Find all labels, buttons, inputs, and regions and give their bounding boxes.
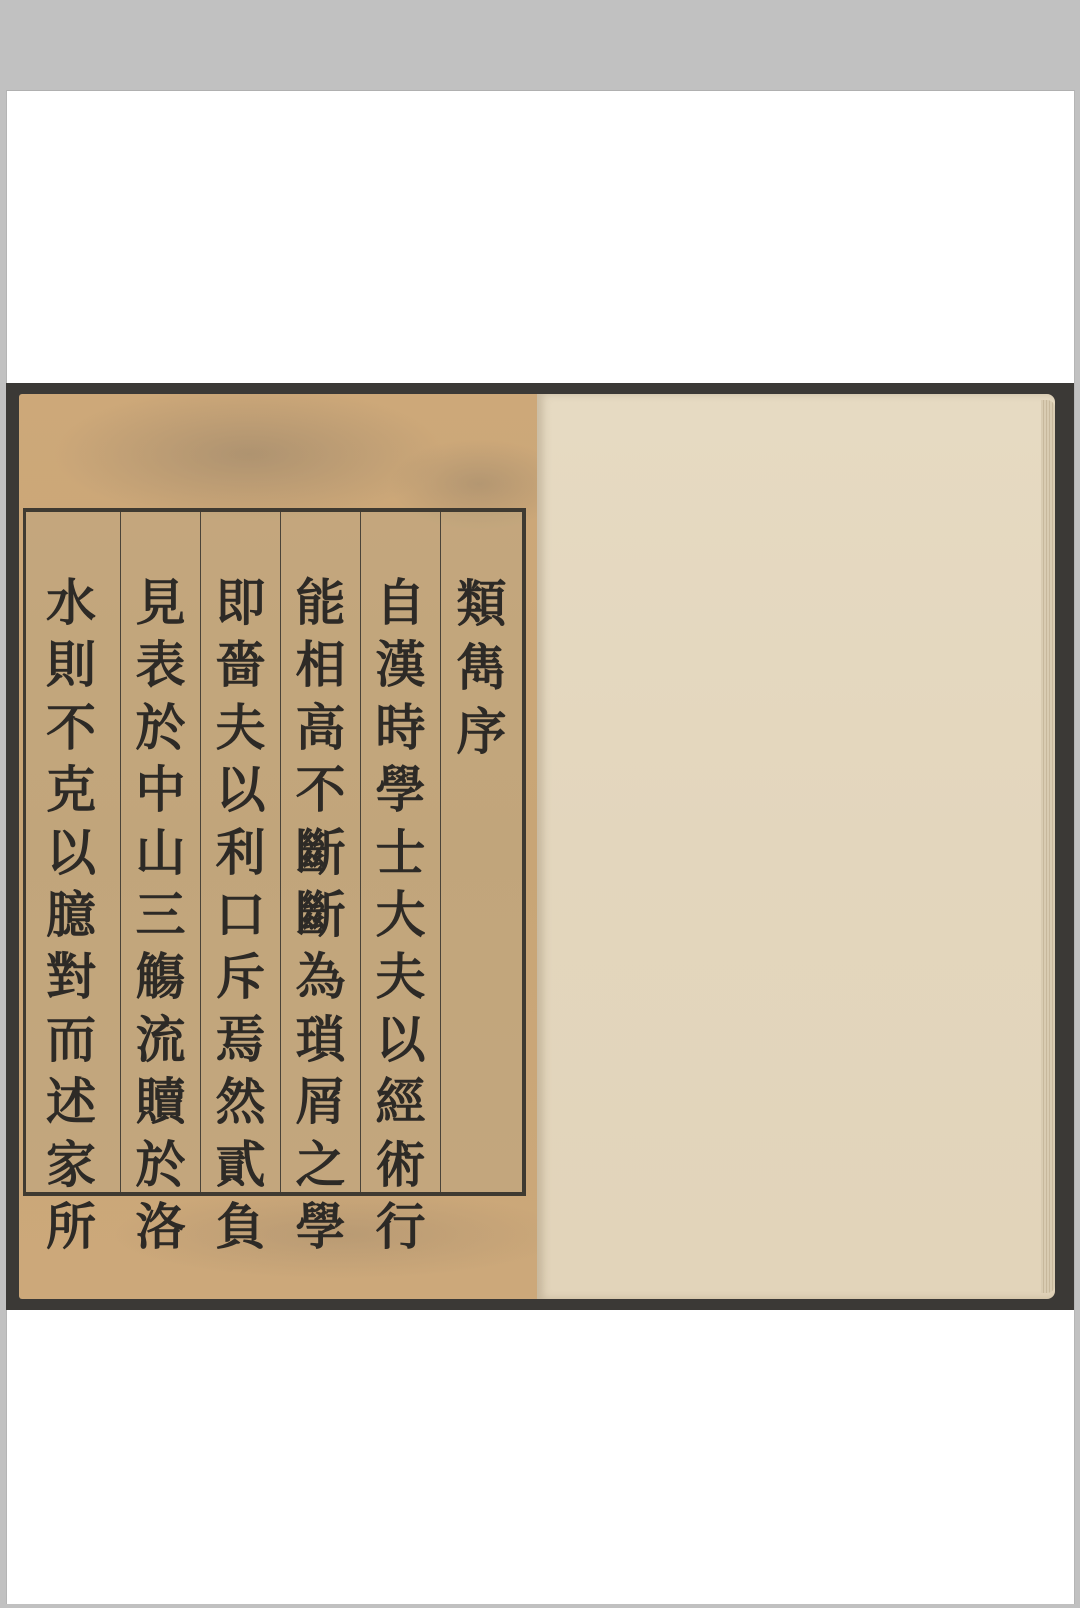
char: 行 xyxy=(376,1196,426,1258)
char: 類 xyxy=(457,572,507,636)
char: 述 xyxy=(46,1071,96,1133)
char: 家 xyxy=(46,1134,96,1196)
char: 序 xyxy=(457,700,507,764)
char: 學 xyxy=(296,1196,346,1258)
char: 雋 xyxy=(457,636,507,700)
char: 於 xyxy=(136,697,186,759)
right-page-blank xyxy=(537,394,1055,1299)
char: 所 xyxy=(46,1196,96,1258)
char: 斷 xyxy=(296,884,346,946)
page-edges xyxy=(1041,400,1055,1293)
left-page: 類 雋 序 自 漢 時 學 士 大 夫 以 經 術 行 xyxy=(19,394,542,1299)
char: 臆 xyxy=(46,884,96,946)
text-columns: 類 雋 序 自 漢 時 學 士 大 夫 以 經 術 行 xyxy=(26,512,522,1192)
char: 以 xyxy=(46,822,96,884)
char: 三 xyxy=(136,884,186,946)
char: 漢 xyxy=(376,634,426,696)
char: 對 xyxy=(46,946,96,1008)
char: 相 xyxy=(296,634,346,696)
char: 流 xyxy=(136,1009,186,1071)
char: 術 xyxy=(376,1134,426,1196)
char: 焉 xyxy=(216,1009,266,1071)
char: 瑣 xyxy=(296,1009,346,1071)
char: 山 xyxy=(136,822,186,884)
char: 而 xyxy=(46,1009,96,1071)
char: 嗇 xyxy=(216,634,266,696)
char: 之 xyxy=(296,1134,346,1196)
char: 大 xyxy=(376,884,426,946)
char: 以 xyxy=(216,759,266,821)
char: 能 xyxy=(296,572,346,634)
char: 克 xyxy=(46,759,96,821)
column-4: 見 表 於 中 山 三 觴 流 贖 於 洛 xyxy=(120,512,200,1192)
char: 贖 xyxy=(136,1071,186,1133)
char: 利 xyxy=(216,822,266,884)
char: 口 xyxy=(216,884,266,946)
char: 為 xyxy=(296,946,346,1008)
char: 高 xyxy=(296,697,346,759)
char: 見 xyxy=(136,572,186,634)
column-3: 即 嗇 夫 以 利 口 斥 焉 然 貳 負 xyxy=(200,512,280,1192)
book-scan: 類 雋 序 自 漢 時 學 士 大 夫 以 經 術 行 xyxy=(6,383,1074,1310)
char: 表 xyxy=(136,634,186,696)
char: 觴 xyxy=(136,946,186,1008)
char: 以 xyxy=(376,1009,426,1071)
char: 斥 xyxy=(216,946,266,1008)
char: 則 xyxy=(46,634,96,696)
char: 負 xyxy=(216,1196,266,1258)
char: 經 xyxy=(376,1071,426,1133)
char: 夫 xyxy=(376,946,426,1008)
char: 時 xyxy=(376,697,426,759)
char: 士 xyxy=(376,822,426,884)
char: 中 xyxy=(136,759,186,821)
char: 夫 xyxy=(216,697,266,759)
column-5: 水 則 不 克 以 臆 對 而 述 家 所 xyxy=(22,512,120,1192)
column-1: 自 漢 時 學 士 大 夫 以 經 術 行 xyxy=(360,512,440,1192)
print-frame: 類 雋 序 自 漢 時 學 士 大 夫 以 經 術 行 xyxy=(23,508,526,1196)
char: 然 xyxy=(216,1071,266,1133)
char: 於 xyxy=(136,1134,186,1196)
char: 不 xyxy=(46,697,96,759)
char: 屑 xyxy=(296,1071,346,1133)
char: 不 xyxy=(296,759,346,821)
char: 即 xyxy=(216,572,266,634)
column-2: 能 相 高 不 斷 斷 為 瑣 屑 之 學 xyxy=(280,512,360,1192)
char: 學 xyxy=(376,759,426,821)
char: 自 xyxy=(376,572,426,634)
char: 貳 xyxy=(216,1134,266,1196)
char: 水 xyxy=(46,572,96,634)
column-title: 類 雋 序 xyxy=(440,512,522,1192)
char: 洛 xyxy=(136,1196,186,1258)
char: 斷 xyxy=(296,822,346,884)
